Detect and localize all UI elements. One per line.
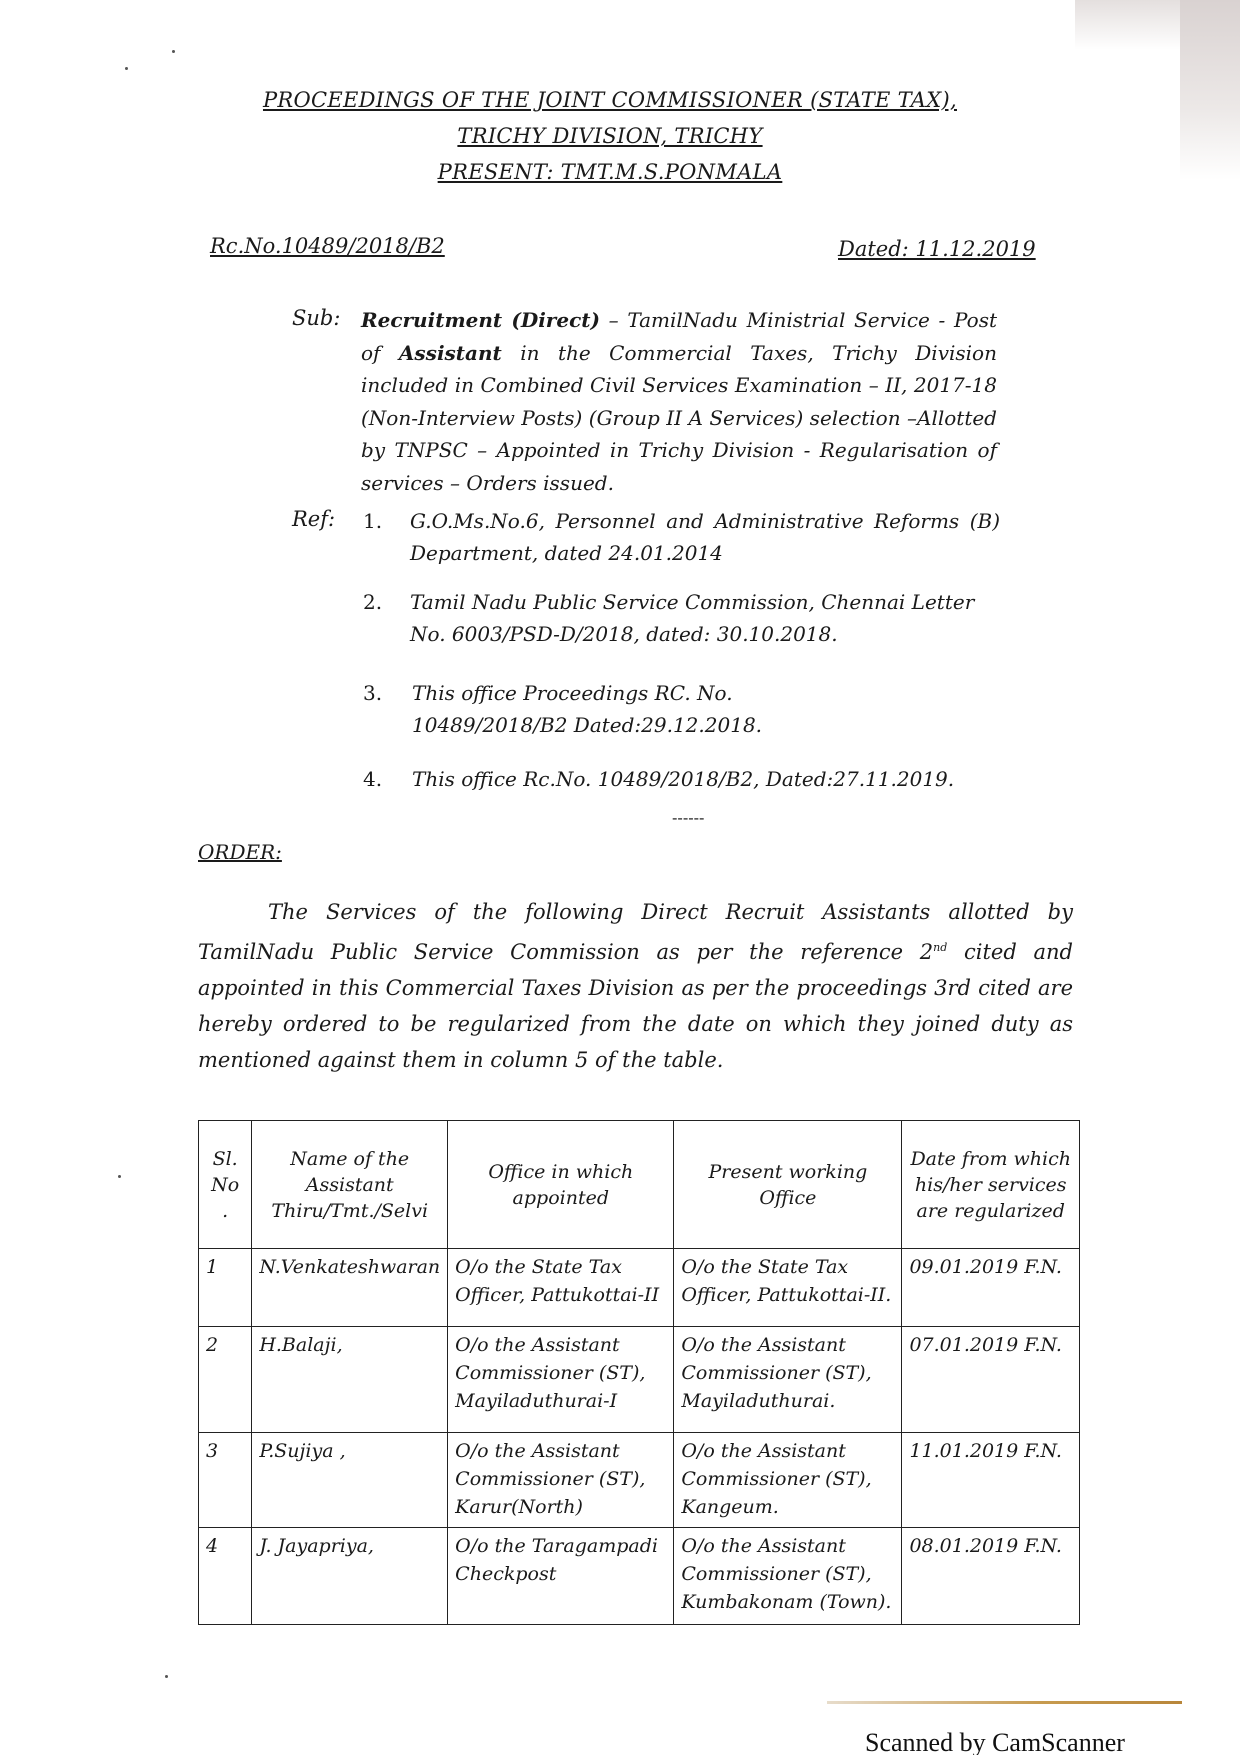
order-heading: ORDER:: [198, 840, 282, 864]
scan-speck: [118, 1175, 121, 1178]
scan-speck: [125, 67, 128, 70]
cell-office-appointed: O/o the State Tax Officer, Pattukottai-I…: [448, 1249, 674, 1327]
order-paragraph: The Services of the following Direct Rec…: [198, 894, 1073, 1078]
table-row: 4 J. Jayapriya, O/o the Taragampadi Chec…: [199, 1528, 1080, 1625]
regularisation-table: Sl. No . Name of the Assistant Thiru/Tmt…: [198, 1120, 1080, 1625]
separator: ------: [672, 808, 704, 827]
table-row: 1 N.Venkateshwaran O/o the State Tax Off…: [199, 1249, 1080, 1327]
cell-office-appointed: O/o the Assistant Commissioner (ST), Kar…: [448, 1433, 674, 1528]
cell-date: 08.01.2019 F.N.: [902, 1528, 1080, 1625]
table-row: 3 P.Sujiya , O/o the Assistant Commissio…: [199, 1433, 1080, 1528]
cell-present-office: O/o the Assistant Commissioner (ST), Kum…: [674, 1528, 902, 1625]
rc-number: Rc.No.10489/2018/B2: [210, 234, 445, 258]
scan-speck: [172, 50, 175, 53]
dated: Dated: 11.12.2019: [838, 237, 1036, 261]
table-header-row: Sl. No . Name of the Assistant Thiru/Tmt…: [199, 1121, 1080, 1249]
ref-item-4: This office Rc.No. 10489/2018/B2, Dated:…: [412, 763, 1032, 795]
cell-sl-no: 1: [199, 1249, 252, 1327]
cell-date: 11.01.2019 F.N.: [902, 1433, 1080, 1528]
cell-sl-no: 2: [199, 1327, 252, 1433]
col-header-present-office: Present working Office: [674, 1121, 902, 1249]
table-row: 2 H.Balaji, O/o the Assistant Commission…: [199, 1327, 1080, 1433]
cell-name: N.Venkateshwaran: [252, 1249, 448, 1327]
cell-office-appointed: O/o the Taragampadi Checkpost: [448, 1528, 674, 1625]
subject-label: Sub:: [292, 306, 340, 330]
subject-bold-mid: Assistant: [399, 341, 502, 365]
cell-present-office: O/o the State Tax Officer, Pattukottai-I…: [674, 1249, 902, 1327]
cell-present-office: O/o the Assistant Commissioner (ST), May…: [674, 1327, 902, 1433]
ref-number: 3.: [363, 681, 382, 705]
cell-date: 09.01.2019 F.N.: [902, 1249, 1080, 1327]
ref-item-1: G.O.Ms.No.6, Personnel and Administrativ…: [410, 505, 1000, 569]
subject-bold-lead: Recruitment (Direct): [361, 308, 600, 332]
cell-name: P.Sujiya ,: [252, 1433, 448, 1528]
cell-office-appointed: O/o the Assistant Commissioner (ST), May…: [448, 1327, 674, 1433]
col-header-name: Name of the Assistant Thiru/Tmt./Selvi: [252, 1121, 448, 1249]
cell-date: 07.01.2019 F.N.: [902, 1327, 1080, 1433]
col-header-sl-no: Sl. No .: [199, 1121, 252, 1249]
col-header-office-appointed: Office in which appointed: [448, 1121, 674, 1249]
cell-name: J. Jayapriya,: [252, 1528, 448, 1625]
col-header-date-regularized: Date from which his/her services are reg…: [902, 1121, 1080, 1249]
ref-number: 2.: [363, 590, 382, 614]
order-text-part: The Services of the following Direct Rec…: [198, 900, 1073, 964]
references-label: Ref:: [292, 507, 335, 531]
cell-sl-no: 4: [199, 1528, 252, 1625]
scan-shadow: [1075, 0, 1185, 50]
header-title-line1: PROCEEDINGS OF THE JOINT COMMISSIONER (S…: [0, 88, 1230, 112]
subject-text: Recruitment (Direct) – TamilNadu Ministr…: [361, 304, 997, 499]
scan-edge-rule: [827, 1701, 1182, 1704]
cell-sl-no: 3: [199, 1433, 252, 1528]
scan-speck: [165, 1675, 168, 1678]
order-sup: nd: [933, 941, 947, 954]
header-title-line2: TRICHY DIVISION, TRICHY: [0, 124, 1230, 148]
cell-present-office: O/o the Assistant Commissioner (ST), Kan…: [674, 1433, 902, 1528]
cell-name: H.Balaji,: [252, 1327, 448, 1433]
ref-number: 1.: [363, 509, 382, 533]
camscanner-watermark: Scanned by CamScanner: [865, 1728, 1125, 1755]
header-title-line3: PRESENT: TMT.M.S.PONMALA: [0, 160, 1230, 184]
ref-item-3: This office Proceedings RC. No. 10489/20…: [412, 677, 892, 741]
ref-number: 4.: [363, 767, 382, 791]
ref-item-2: Tamil Nadu Public Service Commission, Ch…: [410, 586, 1000, 650]
